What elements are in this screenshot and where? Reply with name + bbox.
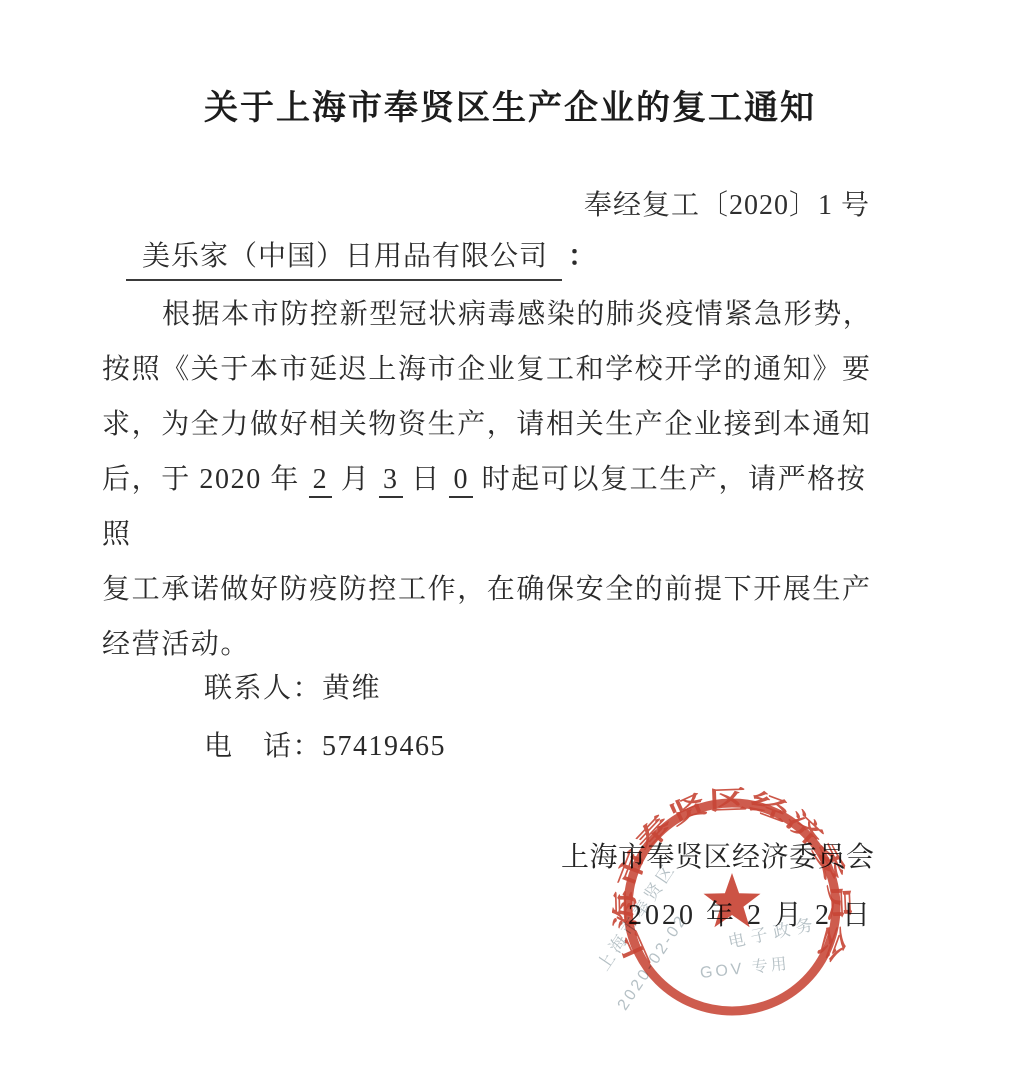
contact-phone-line: 电 话：57419465 xyxy=(204,718,446,776)
body-paragraph: 根据本市防控新型冠状病毒感染的肺炎疫情紧急形势， 按照《关于本市延迟上海市企业复… xyxy=(102,287,892,672)
contact-phone-number: 57419465 xyxy=(322,731,446,762)
page-title: 关于上海市奉贤区生产企业的复工通知 xyxy=(0,80,1020,129)
body-line-5: 复工承诺做好防疫防控工作，在确保安全的前提下开展生产 xyxy=(102,562,892,617)
contact-phone-label: 电 话： xyxy=(204,731,322,762)
body-line-4: 后，于 2020 年 2 月 3 日 0 时起可以复工生产，请严格按照 xyxy=(102,452,892,562)
body-line-1: 根据本市防控新型冠状病毒感染的肺炎疫情紧急形势， xyxy=(102,287,892,342)
contact-block: 联系人：黄维 电 话：57419465 xyxy=(204,660,446,776)
doc-number: 奉经复工〔2020〕1 号 xyxy=(584,183,870,223)
contact-person-line: 联系人：黄维 xyxy=(204,660,446,718)
recipient-company-name: 美乐家（中国）日用品有限公司 xyxy=(126,234,562,281)
underlined-day: 3 xyxy=(379,464,403,498)
recipient-line: 美乐家（中国）日用品有限公司： xyxy=(126,234,597,281)
underlined-hour: 0 xyxy=(449,464,473,498)
body-line-2: 按照《关于本市延迟上海市企业复工和学校开学的通知》要 xyxy=(102,342,892,397)
recipient-colon: ： xyxy=(568,241,597,272)
contact-person-name: 黄维 xyxy=(322,673,381,704)
notice-document: 关于上海市奉贤区生产企业的复工通知 奉经复工〔2020〕1 号 美乐家（中国）日… xyxy=(0,0,1020,1080)
official-seal: 上海市奉贤区经济委员会 xyxy=(612,787,852,1027)
body-line-3: 求，为全力做好相关物资生产，请相关生产企业接到本通知 xyxy=(102,397,892,452)
seal-star-icon xyxy=(704,873,761,927)
contact-person-label: 联系人： xyxy=(204,673,322,704)
underlined-month: 2 xyxy=(309,464,333,498)
